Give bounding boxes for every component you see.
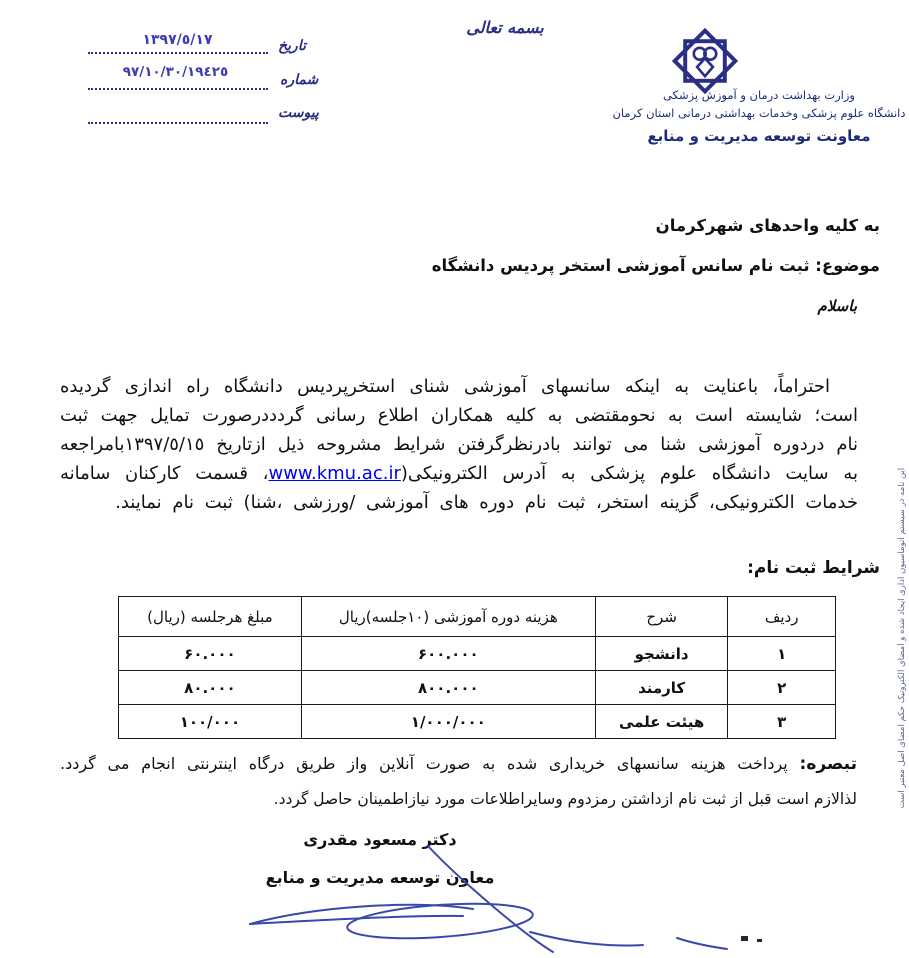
col-header-session-fee: مبلغ هرجلسه (ریال)	[119, 597, 302, 637]
note-line-1: تبصره: پرداخت هزینه سانسهای خریداری شده …	[60, 752, 857, 776]
table-row: ۲ کارمند ۸۰۰.۰۰۰ ۸۰.۰۰۰	[119, 671, 836, 705]
col-header-row-number: ردیف	[728, 597, 836, 637]
row-course-fee: ۸۰۰.۰۰۰	[301, 671, 595, 705]
note-line-2: لذالازم است قبل از ثبت نام ازداشتن رمزدو…	[60, 790, 857, 808]
row-course-fee: ۶۰۰.۰۰۰	[301, 637, 595, 671]
row-number: ۱	[728, 637, 836, 671]
col-header-description: شرح	[595, 597, 728, 637]
row-number: ۲	[728, 671, 836, 705]
fee-table-header-row: ردیف شرح هزینه دوره آموزشی (۱۰جلسه)ریال …	[119, 597, 836, 637]
recipient-line: به کلیه واحدهای شهرکرمان	[656, 216, 880, 235]
note-label: تبصره:	[800, 754, 857, 774]
ministry-name: وزارت بهداشت درمان و آموزش پزشکی	[610, 88, 908, 102]
row-number: ۳	[728, 705, 836, 739]
row-course-fee: ۱/۰۰۰/۰۰۰	[301, 705, 595, 739]
deputy-name: معاونت توسعه مدیریت و منابع	[610, 127, 908, 145]
letter-number-value: ٩٧/١٠/٣٠/١٩٤٢٥	[88, 64, 263, 80]
date-value: ١٣٩٧/٥/١٧	[90, 32, 265, 48]
row-desc: هیئت علمی	[595, 705, 728, 739]
bismillah: بسمه تعالی	[450, 18, 560, 37]
org-header: وزارت بهداشت درمان و آموزش پزشکی دانشگاه…	[610, 88, 908, 145]
attachment-label: پیوست	[278, 105, 319, 121]
electronic-signature-side-note: این نامه در سیستم اتوماسیون اداری ایجاد …	[897, 438, 909, 838]
subject-line: موضوع: ثبت نام سانس آموزشی استخر پردیس د…	[432, 256, 880, 275]
official-letter-page: ١٣٩٧/٥/١٧ تاریخ ٩٧/١٠/٣٠/١٩٤٢٥ شماره پیو…	[0, 0, 909, 958]
handwritten-signature	[235, 840, 735, 955]
date-label: تاریخ	[278, 38, 306, 54]
table-row: ۳ هیئت علمی ۱/۰۰۰/۰۰۰ ۱۰۰/۰۰۰	[119, 705, 836, 739]
kmu-website-link[interactable]: www.kmu.ac.ir	[268, 463, 400, 484]
salutation: باسلام	[817, 297, 857, 315]
row-session-fee: ۱۰۰/۰۰۰	[119, 705, 302, 739]
body-paragraph: احتراماً، باعنایت به اینکه سانسهای آموزش…	[60, 372, 858, 517]
row-session-fee: ۸۰.۰۰۰	[119, 671, 302, 705]
letter-number-label: شماره	[280, 72, 318, 88]
col-header-course-fee: هزینه دوره آموزشی (۱۰جلسه)ریال	[301, 597, 595, 637]
note-text: پرداخت هزینه سانسهای خریداری شده به صورت…	[60, 754, 800, 773]
date-dotted-line	[88, 52, 268, 54]
university-emblem-icon	[672, 28, 738, 94]
fee-table: ردیف شرح هزینه دوره آموزشی (۱۰جلسه)ریال …	[118, 596, 836, 739]
conditions-heading: شرایط ثبت نام:	[747, 558, 880, 578]
row-desc: دانشجو	[595, 637, 728, 671]
row-session-fee: ۶۰.۰۰۰	[119, 637, 302, 671]
row-desc: کارمند	[595, 671, 728, 705]
stamp-fragment	[741, 936, 748, 941]
letter-number-dotted-line	[88, 88, 268, 90]
attachment-dotted-line	[88, 122, 268, 124]
stamp-fragment	[757, 939, 762, 942]
table-row: ۱ دانشجو ۶۰۰.۰۰۰ ۶۰.۰۰۰	[119, 637, 836, 671]
university-name: دانشگاه علوم پزشکی وخدمات بهداشتی درمانی…	[610, 106, 908, 120]
note-block: تبصره: پرداخت هزینه سانسهای خریداری شده …	[60, 752, 857, 808]
